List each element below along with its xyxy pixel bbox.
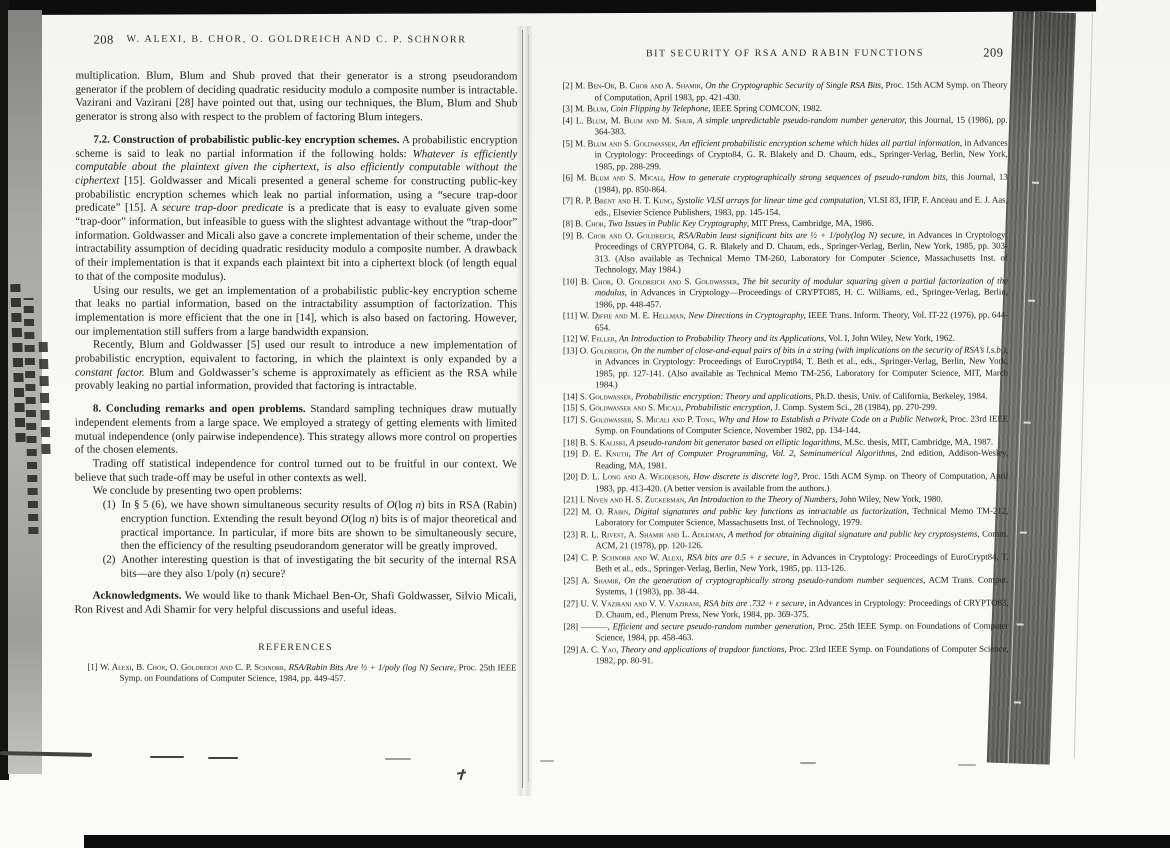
right-page: BIT SECURITY OF RSA AND RABIN FUNCTIONS … xyxy=(562,48,1008,667)
right-running-head: BIT SECURITY OF RSA AND RABIN FUNCTIONS xyxy=(562,48,1007,60)
edge-tick xyxy=(1024,422,1031,424)
reference-title: A pseudo-random bit generator based on e… xyxy=(627,436,842,446)
reference-item: [23] R. L. Rivest, A. Shamir and L. Adle… xyxy=(563,528,1008,552)
text-segment: Acknowledgments. xyxy=(93,590,182,602)
reference-item: [1] W. Alexi, B. Chor, O. Goldreich and … xyxy=(74,661,516,685)
reference-authors: B. Chor, O. Goldreich and S. Goldwasser, xyxy=(577,276,739,286)
reference-title: A simple unpredictable pseudo-random num… xyxy=(694,114,906,124)
reference-title: RSA bits are 0.5 + ε secure, xyxy=(684,551,789,561)
reference-authors: S. Goldwasser and S. Micali, xyxy=(578,402,684,412)
smudge-mark xyxy=(800,762,816,764)
reference-label: [4] xyxy=(563,115,573,125)
reference-item: [6] M. Blum and S. Micali, How to genera… xyxy=(563,172,1008,196)
reference-label: [22] xyxy=(563,506,578,516)
reference-authors: S. Goldwasser, S. Micali and P. Tong, xyxy=(578,414,716,424)
reference-rest: in Advances in Cryptology: Proceedings o… xyxy=(595,356,1008,390)
paragraph-trading-off: Trading off statistical independence for… xyxy=(75,458,517,486)
text-segment: (log xyxy=(349,513,370,525)
reference-label: [25] xyxy=(563,575,578,585)
reference-rest: John Wiley, New York, 1980. xyxy=(838,494,943,504)
acknowledgments: Acknowledgments. We would like to thank … xyxy=(75,590,517,618)
reference-authors: M. Blum and S. Goldwasser, xyxy=(573,138,678,148)
edge-tick xyxy=(1017,623,1024,625)
right-page-references: [2] M. Ben-Or, B. Chor and A. Shamir, On… xyxy=(563,80,1009,667)
page-edge-highlight xyxy=(1008,12,1035,764)
reference-label: [12] xyxy=(563,333,578,343)
reference-title: Probabilistic encryption: Theory and app… xyxy=(633,390,813,400)
reference-authors: A. C. Yao, xyxy=(578,644,618,654)
reference-label: [14] xyxy=(563,391,578,401)
reference-item: [29] A. C. Yao, Theory and applications … xyxy=(563,643,1008,667)
text-segment: 8. Concluding remarks and open problems. xyxy=(93,403,306,415)
reference-title: On the number of close-and-equal pairs o… xyxy=(629,344,1008,355)
reference-authors: U. V. Vazirani and V. V. Vazirani, xyxy=(578,598,701,608)
text-segment: secure trap-door predicate xyxy=(162,202,283,214)
text-segment: In § 5 (6), we have shown simultaneous s… xyxy=(122,499,387,511)
list-marker: (1) xyxy=(103,499,116,511)
paragraph-using-results: Using our results, we get an implementat… xyxy=(75,284,517,340)
list-marker: (2) xyxy=(103,554,116,566)
reference-label: [15] xyxy=(563,402,578,412)
page-boundary-line xyxy=(1074,14,1093,758)
reference-item: [2] M. Ben-Or, B. Chor and A. Shamir, On… xyxy=(563,80,1008,104)
reference-rest: M.Sc. thesis, MIT, Cambridge, MA, 1987. xyxy=(842,436,993,446)
text-segment: Another interesting question is that of … xyxy=(121,554,517,580)
reference-item: [15] S. Goldwasser and S. Micali, Probab… xyxy=(563,402,1008,414)
gutter-line xyxy=(528,34,529,782)
text-segment: 7.2. Construction of probabilistic publi… xyxy=(93,133,399,146)
reference-title: Systolic VLSI arrays for linear time gcd… xyxy=(674,195,865,205)
reference-item: [28] ———, Efficient and secure pseudo-ra… xyxy=(563,620,1008,644)
right-page-header: BIT SECURITY OF RSA AND RABIN FUNCTIONS … xyxy=(562,48,1007,65)
reference-label: [24] xyxy=(563,552,578,562)
text-segment: constant factor. xyxy=(75,366,145,378)
reference-item: [13] O. Goldreich, On the number of clos… xyxy=(563,344,1008,391)
reference-item: [4] L. Blum, M. Blum and M. Shub, A simp… xyxy=(563,114,1008,138)
reference-rest: MIT Press, Cambridge, MA, 1986. xyxy=(749,218,874,228)
reference-authors: M. O. Rabin, xyxy=(578,506,630,516)
paragraph-blum-goldwasser: Recently, Blum and Goldwasser [5] used o… xyxy=(75,339,517,395)
reference-title: Why and How to Establish a Private Code … xyxy=(716,413,947,423)
reference-authors: M. Blum and S. Micali, xyxy=(573,172,665,182)
reference-label: [2] xyxy=(563,80,573,90)
reference-title: The Art of Computer Programming, Vol. 2,… xyxy=(631,448,897,458)
text-segment: multiplication. Blum, Blum and Shub prov… xyxy=(75,70,517,124)
reference-title: Theory and applications of trapdoor func… xyxy=(618,643,786,653)
reference-authors: R. L. Rivest, A. Shamir and L. Adleman, xyxy=(578,529,726,539)
reference-label: [7] xyxy=(563,195,573,205)
section-7-2: 7.2. Construction of probabilistic publi… xyxy=(75,133,517,285)
text-segment: O xyxy=(341,513,349,525)
reference-item: [10] B. Chor, O. Goldreich and S. Goldwa… xyxy=(563,275,1008,310)
reference-item: [14] S. Goldwasser, Probabilistic encryp… xyxy=(563,390,1008,402)
reference-rest: Ph.D. thesis, Univ. of California, Berke… xyxy=(813,390,987,400)
reference-label: [19] xyxy=(563,448,578,458)
reference-title: Probabilistic encryption, xyxy=(683,402,772,412)
text-segment: is a predicate that is easy to evaluate … xyxy=(75,202,517,282)
reference-title: Two Issues in Public Key Cryptography, xyxy=(606,218,749,228)
reference-rest: J. Comp. System Sci., 28 (1984), pp. 270… xyxy=(772,402,937,412)
text-segment: ) secure? xyxy=(246,568,285,580)
reference-item: [5] M. Blum and S. Goldwasser, An effici… xyxy=(563,137,1008,172)
smudge-mark xyxy=(958,764,976,766)
reference-authors: D. E. Knuth, xyxy=(578,448,631,458)
reference-item: [17] S. Goldwasser, S. Micali and P. Ton… xyxy=(563,413,1008,437)
text-segment: Recently, Blum and Goldwasser [5] used o… xyxy=(75,339,517,365)
reference-authors: M. Ben-Or, B. Chor and A. Shamir, xyxy=(573,80,703,90)
reference-label: [21] xyxy=(563,494,578,504)
reference-label: [28] xyxy=(563,621,578,631)
reference-authors: C. P. Schnorr and W. Alexi, xyxy=(578,552,684,562)
paragraph-continuation: multiplication. Blum, Blum and Shub prov… xyxy=(75,70,517,126)
edge-tick xyxy=(1028,300,1035,302)
edge-tick xyxy=(1014,701,1021,703)
reference-title: An Introduction to Probability Theory an… xyxy=(617,333,826,343)
text-segment: (log xyxy=(395,499,416,511)
text-segment: We conclude by presenting two open probl… xyxy=(93,485,302,497)
reference-authors: ———, xyxy=(578,621,610,631)
reference-item: [21] I. Niven and H. S. Zuckerman, An In… xyxy=(563,494,1008,506)
reference-authors: B. S. Kaliski, xyxy=(578,437,628,447)
reference-authors: A. Shamir, xyxy=(578,575,620,585)
reference-authors: W. Alexi, B. Chor, O. Goldreich and C. P… xyxy=(98,661,286,671)
reference-item: [27] U. V. Vazirani and V. V. Vazirani, … xyxy=(563,597,1008,621)
reference-item: [18] B. S. Kaliski, A pseudo-random bit … xyxy=(563,436,1008,448)
reference-authors: B. Chor, xyxy=(573,218,606,228)
reference-item: [19] D. E. Knuth, The Art of Computer Pr… xyxy=(563,448,1008,472)
reference-item: [25] A. Shamir, On the generation of cry… xyxy=(563,574,1008,598)
reference-authors: L. Blum, M. Blum and M. Shub, xyxy=(573,115,695,125)
scan-top-edge xyxy=(0,0,1096,15)
reference-title: Coin Flipping by Telephone, xyxy=(608,103,710,113)
smudge-mark xyxy=(208,757,238,759)
reference-authors: R. P. Brent and H. T. Kung, xyxy=(573,195,674,205)
smudge-mark xyxy=(385,758,411,760)
reference-label: [23] xyxy=(563,529,578,539)
reference-label: [6] xyxy=(563,172,573,182)
reference-rest: Vol. I, John Wiley, New York, 1962. xyxy=(826,333,955,343)
reference-title: New Directions in Cryptography, xyxy=(686,310,806,320)
reference-authors: I. Niven and H. S. Zuckerman, xyxy=(578,494,687,504)
reference-label: [18] xyxy=(563,437,578,447)
reference-item: [9] B. Chor and O. Goldreich, RSA/Rabin … xyxy=(563,229,1008,276)
reference-title: A method for obtaining digital signature… xyxy=(725,528,979,538)
paragraph-open-problems: We conclude by presenting two open probl… xyxy=(75,485,517,499)
reference-title: An Introduction to the Theory of Numbers… xyxy=(686,494,837,504)
edge-stamp-mark xyxy=(38,336,50,454)
reference-title: RSA bits are .732 + ε secure, xyxy=(701,597,806,607)
reference-title: An efficient probabilistic encryption sc… xyxy=(677,137,962,147)
reference-item: [11] W. Diffie and M. E. Hellman, New Di… xyxy=(563,310,1008,334)
left-page-references: [1] W. Alexi, B. Chor, O. Goldreich and … xyxy=(74,661,516,685)
reference-authors: W. Diffie and M. E. Hellman, xyxy=(577,310,686,320)
reference-authors: W. Feller, xyxy=(578,333,617,343)
references-heading: REFERENCES xyxy=(74,641,516,653)
reference-item: [22] M. O. Rabin, Digital signatures and… xyxy=(563,505,1008,529)
reference-label: [20] xyxy=(563,471,578,481)
book-gutter-shadow xyxy=(516,26,536,796)
reference-label: [5] xyxy=(563,138,573,148)
edge-tick xyxy=(1020,531,1027,533)
smudge-mark xyxy=(150,756,184,758)
reference-label: [13] xyxy=(563,345,578,355)
reference-label: [29] xyxy=(563,644,578,654)
scan-bottom-edge xyxy=(84,835,1170,848)
reference-authors: D. L. Long and A. Wigderson, xyxy=(578,471,691,481)
reference-label: [11] xyxy=(563,310,577,320)
reference-item: [8] B. Chor, Two Issues in Public Key Cr… xyxy=(563,218,1008,230)
left-page-body: multiplication. Blum, Blum and Shub prov… xyxy=(75,70,518,618)
reference-title: On the Cryptographic Security of Single … xyxy=(703,80,883,90)
open-problem-2: (2)Another interesting question is that … xyxy=(75,554,517,582)
gutter-line xyxy=(522,30,523,788)
reference-title: Digital signatures and public key functi… xyxy=(630,505,909,515)
text-segment: Using our results, we get an implementat… xyxy=(75,284,517,338)
section-8: 8. Concluding remarks and open problems.… xyxy=(75,403,517,459)
reference-item: [12] W. Feller, An Introduction to Proba… xyxy=(563,333,1008,345)
reference-label: [9] xyxy=(563,230,573,240)
reference-item: [7] R. P. Brent and H. T. Kung, Systolic… xyxy=(563,195,1008,219)
left-page: 208 W. ALEXI, B. CHOR, O. GOLDREICH AND … xyxy=(74,34,517,685)
reference-item: [20] D. L. Long and A. Wigderson, How di… xyxy=(563,471,1008,495)
reference-label: [8] xyxy=(563,218,573,228)
reference-title: How to generate cryptographically strong… xyxy=(665,172,948,182)
reference-item: [3] M. Blum, Coin Flipping by Telephone,… xyxy=(563,103,1008,115)
reference-label: [3] xyxy=(563,103,573,113)
edge-tick xyxy=(1032,182,1039,184)
reference-rest: IEEE Spring COMCON, 1982. xyxy=(710,103,822,113)
reference-authors: M. Blum, xyxy=(573,103,609,113)
reference-rest: in Advances in Cryptology—Proceedings of… xyxy=(595,287,1008,309)
text-segment: O xyxy=(387,499,395,511)
right-page-number: 209 xyxy=(983,46,1003,61)
reference-title: On the generation of cryptographically s… xyxy=(620,574,925,585)
reference-title: Efficient and secure pseudo-random numbe… xyxy=(610,620,815,630)
reference-title: How discrete is discrete log?, xyxy=(690,471,799,481)
reference-label: [1] xyxy=(87,661,97,671)
text-segment: Trading off statistical independence for… xyxy=(75,458,517,484)
left-page-header: 208 W. ALEXI, B. CHOR, O. GOLDREICH AND … xyxy=(76,34,518,51)
smudge-mark xyxy=(540,760,554,762)
reference-authors: O. Goldreich, xyxy=(578,345,629,355)
reference-label: [17] xyxy=(563,414,578,424)
open-problem-1: (1)In § 5 (6), we have shown simultaneou… xyxy=(75,499,517,555)
reference-title: RSA/Rabin least significant bits are ½ +… xyxy=(675,229,905,239)
reference-authors: B. Chor and O. Goldreich, xyxy=(573,230,675,240)
reference-title: RSA/Rabin Bits Are ½ + 1/poly (log N) Se… xyxy=(286,662,456,672)
left-running-head: W. ALEXI, B. CHOR, O. GOLDREICH AND C. P… xyxy=(76,34,518,46)
reference-label: [27] xyxy=(563,598,578,608)
reference-label: [10] xyxy=(563,276,578,286)
reference-authors: S. Goldwasser, xyxy=(578,391,634,401)
reference-item: [24] C. P. Schnorr and W. Alexi, RSA bit… xyxy=(563,551,1008,575)
